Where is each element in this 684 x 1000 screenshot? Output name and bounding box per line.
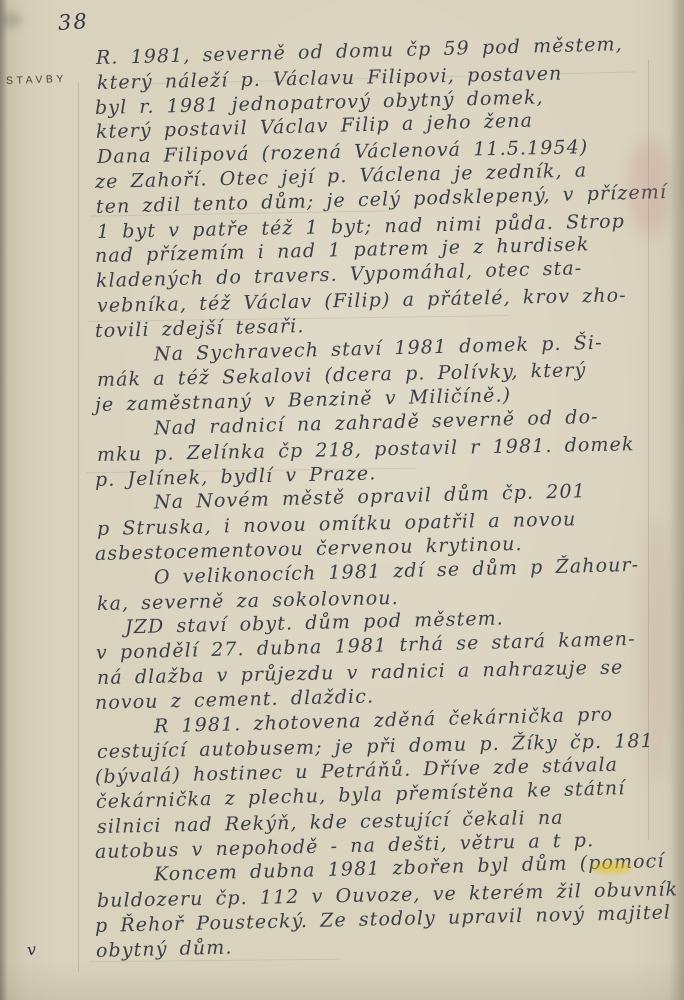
yellow-smudge: [592, 862, 632, 874]
pink-smudge: [628, 140, 670, 235]
margin-checkmark: v: [26, 940, 37, 960]
corner-smudge: [0, 12, 22, 28]
handwriting-lines: R. 1981, severně od domu čp 59 pod měste…: [96, 46, 664, 963]
chronicle-page: 38 STAVBY R. 1981, severně od domu čp 59…: [0, 0, 684, 1000]
pink-smudge-lower: [640, 520, 670, 780]
page-right-edge-shadow: [670, 0, 684, 1000]
left-margin-rule: [78, 82, 79, 972]
page-left-edge-shadow: [0, 0, 8, 1000]
margin-label-stavby: STAVBY: [6, 73, 67, 87]
page-number: 38: [57, 9, 89, 35]
